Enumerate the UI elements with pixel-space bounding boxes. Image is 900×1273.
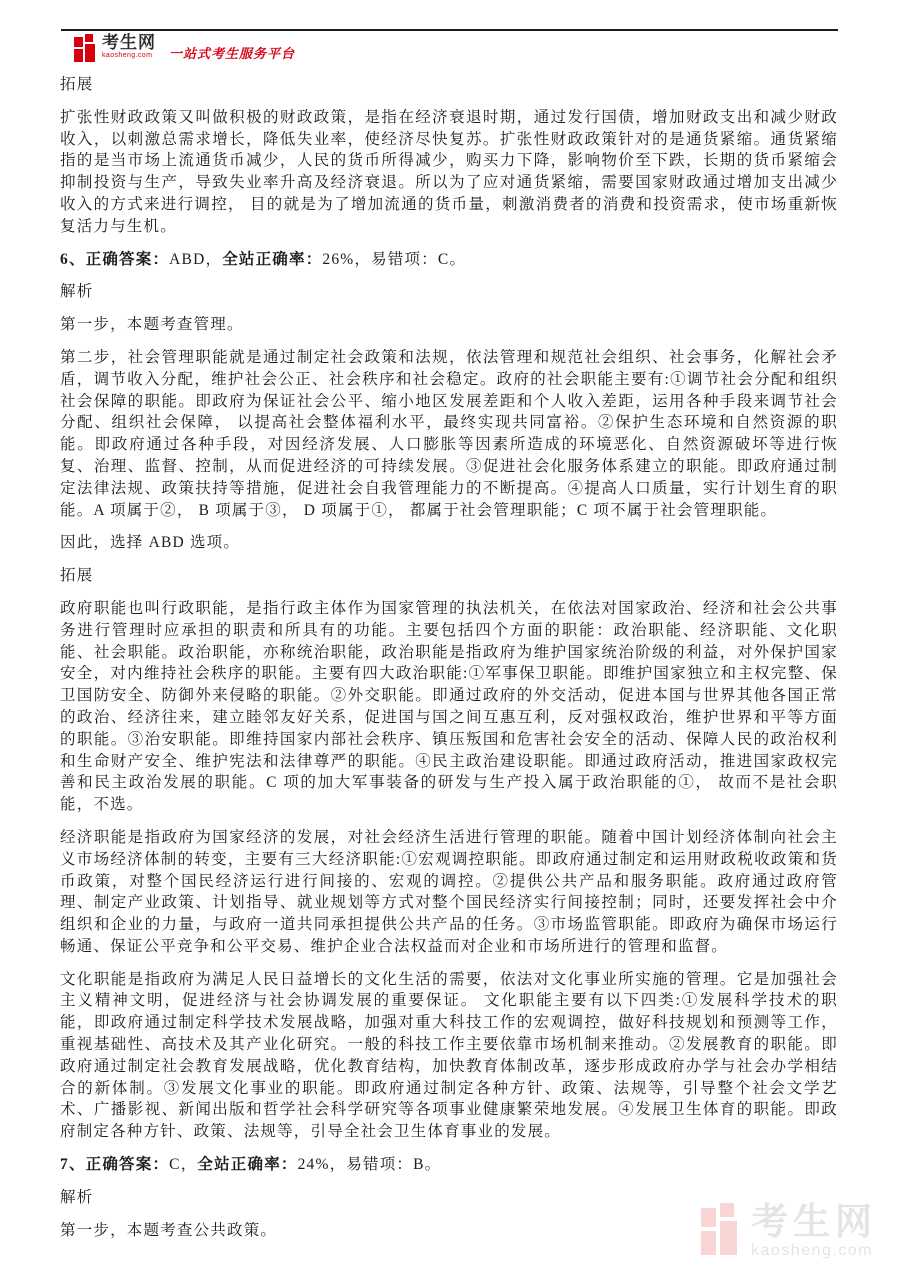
kaosheng-watermark-icon xyxy=(701,1203,740,1255)
header-divider xyxy=(61,29,838,31)
analysis-section-label: 解析 xyxy=(60,281,838,303)
watermark-text-block: 考生网 kaosheng.com xyxy=(751,1203,877,1260)
logo-brand-text: 考生网 xyxy=(102,34,156,52)
paragraph-conclusion-q6: 因此，选择 ABD 选项。 xyxy=(60,532,838,554)
expand-section-label: 拓展 xyxy=(60,565,838,587)
rate-label-q7: 全站正确率： xyxy=(197,1156,297,1173)
answer-prefix-q6: 6、正确答案： xyxy=(60,251,169,268)
paragraph-step2-q6: 第二步，社会管理职能就是通过制定社会政策和法规，依法管理和规范社会组织、社会事务… xyxy=(60,347,838,521)
paragraph-step1-q6: 第一步，本题考查管理。 xyxy=(60,314,838,336)
paragraph-fiscal-policy: 扩张性财政政策又叫做积极的财政政策，是指在经济衰退时期，通过发行国债，增加财政支… xyxy=(60,107,838,238)
answer-line-q7: 7、正确答案：C，全站正确率：24%，易错项：B。 xyxy=(60,1154,838,1176)
answer-value-q6: ABD， xyxy=(169,251,222,268)
answer-value-q7: C， xyxy=(169,1156,197,1173)
logo-tagline: 一站式考生服务平台 xyxy=(169,43,295,62)
rate-value-q7: 24%，易错项：B。 xyxy=(298,1156,442,1173)
logo-text-block: 考生网 kaosheng.com xyxy=(102,34,156,60)
answer-prefix-q7: 7、正确答案： xyxy=(60,1156,169,1173)
logo-domain-text: kaosheng.com xyxy=(102,52,156,60)
answer-line-q6: 6、正确答案：ABD，全站正确率：26%，易错项：C。 xyxy=(60,249,838,271)
kaosheng-logo-icon xyxy=(74,34,97,63)
paragraph-economic-function: 经济职能是指政府为国家经济的发展，对社会经济生活进行管理的职能。随着中国计划经济… xyxy=(60,827,838,958)
watermark-domain-text: kaosheng.com xyxy=(751,1242,877,1260)
paragraph-government-functions: 政府职能也叫行政职能，是指行政主体作为国家管理的执法机关，在依法对国家政治、经济… xyxy=(60,598,838,816)
expand-section-label: 拓展 xyxy=(60,74,838,96)
document-body: 拓展 扩张性财政政策又叫做积极的财政政策，是指在经济衰退时期，通过发行国债，增加… xyxy=(60,74,838,1252)
paragraph-cultural-function: 文化职能是指政府为满足人民日益增长的文化生活的需要，依法对文化事业所实施的管理。… xyxy=(60,969,838,1143)
watermark: 考生网 kaosheng.com xyxy=(701,1203,877,1260)
rate-label-q6: 全站正确率： xyxy=(222,251,322,268)
watermark-brand-text: 考生网 xyxy=(751,1203,877,1240)
rate-value-q6: 26%，易错项：C。 xyxy=(322,251,466,268)
document-page: 考生网 kaosheng.com 一站式考生服务平台 拓展 扩张性财政政策又叫做… xyxy=(0,0,900,1273)
kaosheng-logo: 考生网 kaosheng.com 一站式考生服务平台 xyxy=(74,34,295,63)
